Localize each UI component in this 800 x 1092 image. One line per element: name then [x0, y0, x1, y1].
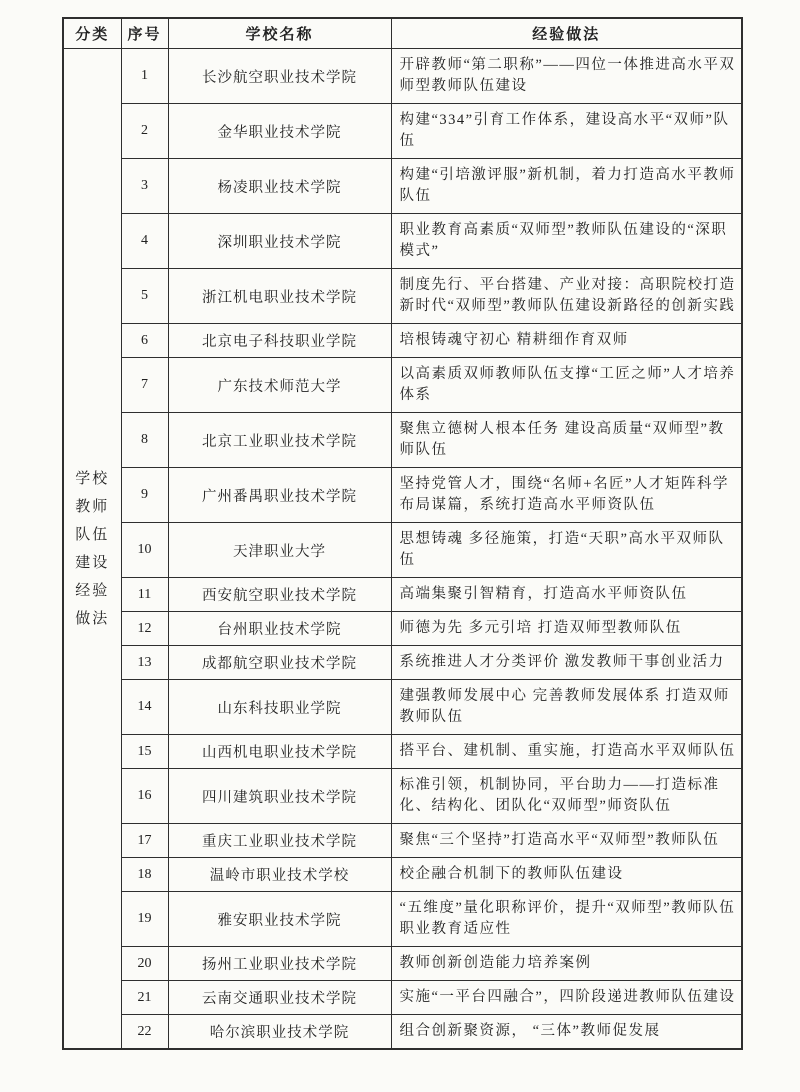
school-name: 深圳职业技术学院: [168, 214, 391, 269]
row-number: 3: [121, 159, 168, 214]
table-row: 20 扬州工业职业技术学院 教师创新创造能力培养案例: [63, 947, 742, 981]
column-header-practice: 经验做法: [391, 18, 742, 49]
row-number: 14: [121, 680, 168, 735]
table-row: 12 台州职业技术学院 师德为先 多元引培 打造双师型教师队伍: [63, 612, 742, 646]
row-number: 17: [121, 824, 168, 858]
row-number: 21: [121, 981, 168, 1015]
table-row: 5 浙江机电职业技术学院 制度先行、平台搭建、产业对接：高职院校打造新时代“双师…: [63, 269, 742, 324]
school-name: 哈尔滨职业技术学院: [168, 1015, 391, 1050]
school-name: 西安航空职业技术学院: [168, 578, 391, 612]
table-row: 19 雅安职业技术学院 “五维度”量化职称评价，提升“双师型”教师队伍职业教育适…: [63, 892, 742, 947]
column-header-category: 分类: [63, 18, 121, 49]
header-row: 分类 序号 学校名称 经验做法: [63, 18, 742, 49]
practice-text: 校企融合机制下的教师队伍建设: [391, 858, 742, 892]
table-row: 16 四川建筑职业技术学院 标准引领，机制协同，平台助力——打造标准化、结构化、…: [63, 769, 742, 824]
school-name: 广州番禺职业技术学院: [168, 468, 391, 523]
table-row: 22 哈尔滨职业技术学院 组合创新聚资源， “三体”教师促发展: [63, 1015, 742, 1050]
school-name: 台州职业技术学院: [168, 612, 391, 646]
row-number: 2: [121, 104, 168, 159]
table-row: 2 金华职业技术学院 构建“334”引育工作体系，建设高水平“双师”队伍: [63, 104, 742, 159]
school-name: 云南交通职业技术学院: [168, 981, 391, 1015]
practice-text: 构建“引培激评服”新机制，着力打造高水平教师队伍: [391, 159, 742, 214]
school-name: 温岭市职业技术学校: [168, 858, 391, 892]
table-row: 6 北京电子科技职业学院 培根铸魂守初心 精耕细作育双师: [63, 324, 742, 358]
row-number: 11: [121, 578, 168, 612]
row-number: 1: [121, 49, 168, 104]
practice-text: 师德为先 多元引培 打造双师型教师队伍: [391, 612, 742, 646]
school-name: 重庆工业职业技术学院: [168, 824, 391, 858]
row-number: 19: [121, 892, 168, 947]
category-label: 学校教师队伍建设经验做法: [64, 465, 121, 633]
practice-text: 职业教育高素质“双师型”教师队伍建设的“深职模式”: [391, 214, 742, 269]
row-number: 10: [121, 523, 168, 578]
category-cell: 学校教师队伍建设经验做法: [63, 49, 121, 1050]
table-body: 学校教师队伍建设经验做法1 长沙航空职业技术学院 开辟教师“第二职称”——四位一…: [63, 49, 742, 1050]
school-name: 浙江机电职业技术学院: [168, 269, 391, 324]
practice-text: 标准引领，机制协同，平台助力——打造标准化、结构化、团队化“双师型”师资队伍: [391, 769, 742, 824]
category-label-line: 做法: [64, 605, 121, 633]
practice-text: 以高素质双师教师队伍支撑“工匠之师”人才培养体系: [391, 358, 742, 413]
practice-text: 坚持党管人才，围绕“名师+名匠”人才矩阵科学布局谋篇，系统打造高水平师资队伍: [391, 468, 742, 523]
school-name: 杨凌职业技术学院: [168, 159, 391, 214]
table-row: 15 山西机电职业技术学院 搭平台、建机制、重实施，打造高水平双师队伍: [63, 735, 742, 769]
table-row: 17 重庆工业职业技术学院 聚焦“三个坚持”打造高水平“双师型”教师队伍: [63, 824, 742, 858]
row-number: 22: [121, 1015, 168, 1050]
practice-text: 建强教师发展中心 完善教师发展体系 打造双师教师队伍: [391, 680, 742, 735]
category-label-line: 建设: [64, 549, 121, 577]
table-row: 3 杨凌职业技术学院 构建“引培激评服”新机制，着力打造高水平教师队伍: [63, 159, 742, 214]
table-row: 11 西安航空职业技术学院 高端集聚引智精育，打造高水平师资队伍: [63, 578, 742, 612]
table-row: 学校教师队伍建设经验做法1 长沙航空职业技术学院 开辟教师“第二职称”——四位一…: [63, 49, 742, 104]
table-row: 13 成都航空职业技术学院 系统推进人才分类评价 激发教师干事创业活力: [63, 646, 742, 680]
table-row: 10 天津职业大学 思想铸魂 多径施策，打造“天职”高水平双师队伍: [63, 523, 742, 578]
practice-text: 思想铸魂 多径施策，打造“天职”高水平双师队伍: [391, 523, 742, 578]
school-name: 成都航空职业技术学院: [168, 646, 391, 680]
school-name: 扬州工业职业技术学院: [168, 947, 391, 981]
practice-text: 组合创新聚资源， “三体”教师促发展: [391, 1015, 742, 1050]
table-row: 4 深圳职业技术学院 职业教育高素质“双师型”教师队伍建设的“深职模式”: [63, 214, 742, 269]
practice-text: 构建“334”引育工作体系，建设高水平“双师”队伍: [391, 104, 742, 159]
category-label-line: 队伍: [64, 521, 121, 549]
document-page: 分类 序号 学校名称 经验做法 学校教师队伍建设经验做法1 长沙航空职业技术学院…: [0, 0, 800, 1092]
practice-text: 实施“一平台四融合”，四阶段递进教师队伍建设: [391, 981, 742, 1015]
row-number: 9: [121, 468, 168, 523]
experience-table: 分类 序号 学校名称 经验做法 学校教师队伍建设经验做法1 长沙航空职业技术学院…: [62, 17, 743, 1050]
practice-text: “五维度”量化职称评价，提升“双师型”教师队伍职业教育适应性: [391, 892, 742, 947]
school-name: 山东科技职业学院: [168, 680, 391, 735]
category-label-line: 经验: [64, 577, 121, 605]
column-header-number: 序号: [121, 18, 168, 49]
column-header-school: 学校名称: [168, 18, 391, 49]
practice-text: 教师创新创造能力培养案例: [391, 947, 742, 981]
table-row: 14 山东科技职业学院 建强教师发展中心 完善教师发展体系 打造双师教师队伍: [63, 680, 742, 735]
table-row: 21 云南交通职业技术学院 实施“一平台四融合”，四阶段递进教师队伍建设: [63, 981, 742, 1015]
table-row: 9 广州番禺职业技术学院 坚持党管人才，围绕“名师+名匠”人才矩阵科学布局谋篇，…: [63, 468, 742, 523]
row-number: 20: [121, 947, 168, 981]
row-number: 4: [121, 214, 168, 269]
school-name: 广东技术师范大学: [168, 358, 391, 413]
row-number: 18: [121, 858, 168, 892]
row-number: 12: [121, 612, 168, 646]
school-name: 天津职业大学: [168, 523, 391, 578]
school-name: 北京工业职业技术学院: [168, 413, 391, 468]
row-number: 13: [121, 646, 168, 680]
practice-text: 系统推进人才分类评价 激发教师干事创业活力: [391, 646, 742, 680]
row-number: 5: [121, 269, 168, 324]
school-name: 四川建筑职业技术学院: [168, 769, 391, 824]
school-name: 雅安职业技术学院: [168, 892, 391, 947]
row-number: 6: [121, 324, 168, 358]
school-name: 北京电子科技职业学院: [168, 324, 391, 358]
category-label-line: 学校: [64, 465, 121, 493]
table-row: 7 广东技术师范大学 以高素质双师教师队伍支撑“工匠之师”人才培养体系: [63, 358, 742, 413]
school-name: 金华职业技术学院: [168, 104, 391, 159]
school-name: 长沙航空职业技术学院: [168, 49, 391, 104]
school-name: 山西机电职业技术学院: [168, 735, 391, 769]
practice-text: 聚焦“三个坚持”打造高水平“双师型”教师队伍: [391, 824, 742, 858]
table-row: 18 温岭市职业技术学校 校企融合机制下的教师队伍建设: [63, 858, 742, 892]
practice-text: 搭平台、建机制、重实施，打造高水平双师队伍: [391, 735, 742, 769]
practice-text: 制度先行、平台搭建、产业对接：高职院校打造新时代“双师型”教师队伍建设新路径的创…: [391, 269, 742, 324]
row-number: 8: [121, 413, 168, 468]
row-number: 15: [121, 735, 168, 769]
practice-text: 高端集聚引智精育，打造高水平师资队伍: [391, 578, 742, 612]
row-number: 16: [121, 769, 168, 824]
category-label-line: 教师: [64, 493, 121, 521]
practice-text: 培根铸魂守初心 精耕细作育双师: [391, 324, 742, 358]
table-row: 8 北京工业职业技术学院 聚焦立德树人根本任务 建设高质量“双师型”教师队伍: [63, 413, 742, 468]
row-number: 7: [121, 358, 168, 413]
practice-text: 聚焦立德树人根本任务 建设高质量“双师型”教师队伍: [391, 413, 742, 468]
practice-text: 开辟教师“第二职称”——四位一体推进高水平双师型教师队伍建设: [391, 49, 742, 104]
